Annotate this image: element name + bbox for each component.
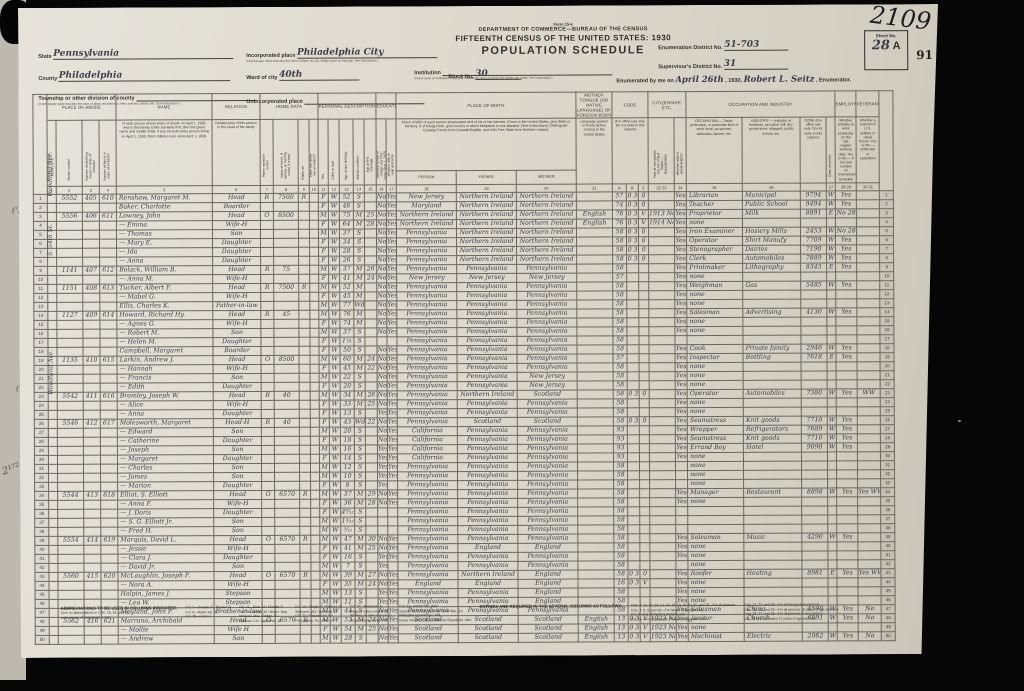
cell-industry: Shirt Manufy <box>743 236 801 245</box>
cell-school: Yes <box>377 445 387 454</box>
cell-school: No <box>378 490 388 499</box>
cell-code-b <box>628 471 640 480</box>
header-relation-description: Relationship of this person to the head … <box>212 119 260 185</box>
cell-school: No <box>377 355 387 364</box>
cell-dwelling: 411 <box>83 392 100 401</box>
cell-mother-birthplace: Pennsylvania <box>517 408 577 417</box>
cell-veteran <box>857 398 880 407</box>
cell-age: 34 <box>340 238 354 247</box>
cell-marital: M <box>354 283 365 292</box>
line-number-right: 28 <box>881 433 895 442</box>
cell-value: 6570 <box>275 490 300 499</box>
cell-birthplace: Scotland <box>398 624 458 633</box>
cell-industry: Electric <box>744 632 802 641</box>
cell-age-first-marriage: 25 <box>365 400 377 409</box>
cell-english: Yes <box>675 245 687 254</box>
cell-english <box>676 560 688 569</box>
cell-class <box>828 551 837 560</box>
cell-value <box>274 319 299 328</box>
cell-race: W <box>330 508 341 517</box>
cell-english: Yes <box>676 443 688 452</box>
cell-marital: S <box>354 427 365 436</box>
cell-mother-birthplace: Scotland <box>518 633 578 642</box>
cell-street <box>49 527 58 536</box>
cell-english: Yes <box>676 452 688 461</box>
cell-name: — Anna F. <box>118 499 214 508</box>
cell-sex: M <box>319 391 329 400</box>
cell-immigration <box>650 524 676 533</box>
cell-code-a: 93 <box>614 444 628 453</box>
column-number-27: 25 <box>686 183 742 191</box>
cell-mother-birthplace: England <box>518 579 578 588</box>
cell-occ-code: 8898 <box>802 488 828 497</box>
cell-father-birthplace: Pennsylvania <box>457 408 517 417</box>
cell-birthplace: California <box>397 435 457 444</box>
cell-house: 5560 <box>58 572 84 581</box>
cell-radio <box>299 427 310 436</box>
cell-age: 20 <box>340 427 354 436</box>
cell-age-first-marriage: 25 <box>366 625 378 634</box>
cell-owned-rented <box>262 526 275 535</box>
cell-veteran <box>857 245 880 254</box>
cell-veteran: WW <box>857 389 880 398</box>
line-number-right: 39 <box>881 532 895 541</box>
cell-race: W <box>328 220 339 229</box>
cell-race: W <box>329 346 340 355</box>
cell-employment <box>836 326 857 335</box>
cell-occ-code <box>802 479 828 488</box>
cell-occ-code <box>801 380 827 389</box>
cell-english: Yes <box>676 578 688 587</box>
cell-veteran <box>857 218 880 227</box>
cell-employment: Yes <box>836 236 857 245</box>
cell-name: — Edward <box>117 427 213 436</box>
cell-owned-rented: R <box>261 283 274 292</box>
cell-occ-code: 7380 <box>801 389 827 398</box>
cell-race: W <box>330 625 341 634</box>
header-birthplace-description: Place of birth of each person enumerated… <box>396 118 576 171</box>
cell-race: W <box>329 301 340 310</box>
cell-house <box>57 239 83 248</box>
cell-owned-rented: R <box>261 310 274 319</box>
ward-value: 40th <box>279 70 302 80</box>
cell-occupation: none <box>688 542 744 551</box>
cell-marital: S <box>354 238 365 247</box>
cell-class: E <box>827 353 836 362</box>
cell-occupation: Iron Examiner <box>687 227 743 236</box>
cell-age-first-marriage: 24 <box>366 580 378 589</box>
group-occupation-industry: OCCUPATION AND INDUSTRY <box>686 91 835 118</box>
cell-father-birthplace: Northern Ireland <box>457 219 517 228</box>
cell-school: No <box>378 499 388 508</box>
cell-code-a: 58 <box>613 336 627 345</box>
cell-occ-code <box>802 587 828 596</box>
cell-occupation: Errand Boy <box>688 443 744 452</box>
cell-owned-rented <box>261 292 274 301</box>
cell-immigration <box>650 515 676 524</box>
cell-occupation: none <box>688 587 744 596</box>
cell-veteran <box>858 551 881 560</box>
cell-school: Yes <box>378 589 388 598</box>
cell-industry <box>743 362 801 371</box>
cell-birthplace: Northern Ireland <box>397 219 457 228</box>
cell-owned-rented <box>261 337 274 346</box>
cell-father-birthplace: Northern Ireland <box>456 210 516 219</box>
cell-marital: S <box>354 256 365 265</box>
cell-immigration <box>649 434 675 443</box>
cell-dwelling <box>83 338 100 347</box>
line-number-right: 6 <box>880 235 894 244</box>
cell-read-write: Yes <box>388 571 398 580</box>
column-number-24: C <box>638 184 648 192</box>
line-number: 42 <box>35 563 49 572</box>
cell-mother-tongue <box>578 588 614 597</box>
cell-name: — Jessie <box>118 544 214 553</box>
cell-veteran <box>858 560 881 569</box>
cell-class: W <box>827 236 836 245</box>
cell-marital: M <box>354 355 365 364</box>
cell-father-birthplace: Pennsylvania <box>457 354 517 363</box>
cell-code-b <box>628 480 640 489</box>
cell-veteran <box>857 299 880 308</box>
line-number-right: 26 <box>880 415 894 424</box>
line-number-right: 49 <box>881 622 895 631</box>
cell-code-a: 58 <box>613 318 627 327</box>
cell-radio <box>300 544 311 553</box>
cell-marital: S <box>355 454 366 463</box>
cell-value <box>275 562 300 571</box>
state-field: State Pennsylvania <box>38 49 233 60</box>
cell-veteran <box>857 209 880 218</box>
cell-code-c <box>639 372 649 381</box>
cell-relation: Daughter <box>213 454 261 463</box>
cell-father-birthplace: Pennsylvania <box>458 489 518 498</box>
cell-owned-rented <box>261 373 274 382</box>
cell-veteran <box>858 623 881 632</box>
column-number-21: 21 <box>576 184 612 192</box>
cell-race: W <box>329 310 340 319</box>
cell-employment: Yes <box>836 308 857 317</box>
cell-occupation <box>688 524 744 533</box>
cell-value <box>275 499 300 508</box>
cell-veteran: No <box>858 632 881 641</box>
cell-sex: F <box>319 382 329 391</box>
cell-age: 54 <box>341 625 355 634</box>
cell-read-write <box>388 562 398 571</box>
header-marital: Marital condition <box>353 119 364 185</box>
cell-mother-birthplace: Pennsylvania <box>517 282 577 291</box>
cell-code-a: 57 <box>613 354 627 363</box>
cell-english: Yes <box>676 587 688 596</box>
cell-read-write: Yes <box>387 346 397 355</box>
cell-birthplace: Pennsylvania <box>397 363 457 372</box>
cell-relation: Daughter <box>213 247 261 256</box>
cell-farm <box>311 463 320 472</box>
cell-mother-tongue <box>578 471 614 480</box>
cell-mother-birthplace: Pennsylvania <box>517 291 577 300</box>
cell-dwelling <box>83 374 100 383</box>
header-occupation-description: OCCUPATION — Trade, profession, or parti… <box>686 117 742 183</box>
cell-mother-birthplace: England <box>518 588 578 597</box>
cell-value: 75 <box>274 265 299 274</box>
line-number-right: 42 <box>881 559 895 568</box>
cell-age-first-marriage <box>364 193 376 202</box>
cell-read-write: Yes <box>387 319 397 328</box>
cell-age-first-marriage <box>366 508 378 517</box>
cell-house <box>58 482 84 491</box>
cell-farm <box>311 580 320 589</box>
cell-marital: S <box>355 508 366 517</box>
cell-radio <box>300 481 311 490</box>
cell-birthplace: California <box>397 426 457 435</box>
cell-age-first-marriage <box>365 292 377 301</box>
cell-house <box>58 635 84 644</box>
cell-industry: Dairies <box>743 245 801 254</box>
cell-occupation: none <box>687 290 743 299</box>
cell-mother-tongue <box>578 480 614 489</box>
cell-dwelling <box>83 257 100 266</box>
cell-house: 5554 <box>58 536 84 545</box>
cell-occupation: Inspector <box>687 353 743 362</box>
cell-birthplace: Pennsylvania <box>398 516 458 525</box>
cell-race: W <box>329 328 340 337</box>
cell-name: Tucker, Albert F. <box>117 283 213 292</box>
cell-birthplace: Pennsylvania <box>397 417 457 426</box>
enumerator-name: Robert L. Seitz <box>744 75 815 85</box>
cell-value <box>274 454 299 463</box>
cell-industry <box>744 578 802 587</box>
cell-school: No <box>377 229 387 238</box>
cell-radio <box>300 526 311 535</box>
cell-read-write: Yes <box>388 535 398 544</box>
cell-radio: R <box>300 571 311 580</box>
cell-radio: R <box>300 535 311 544</box>
cell-house <box>57 320 83 329</box>
cell-school: No <box>377 265 387 274</box>
cell-relation: Wife-H <box>214 544 262 553</box>
cell-father-birthplace: Northern Ireland <box>456 192 516 201</box>
cell-sex: M <box>319 373 329 382</box>
cell-farm <box>310 364 319 373</box>
cell-english: Yes <box>675 290 687 299</box>
cell-code-b <box>627 300 639 309</box>
cell-street <box>49 536 58 545</box>
cell-read-write: Yes <box>386 211 396 220</box>
header-age: Age at last birthday <box>339 119 353 185</box>
cell-occupation: none <box>687 272 743 281</box>
cell-birthplace: New Jersey <box>396 192 456 201</box>
cell-family <box>101 509 118 518</box>
cell-race: W <box>329 418 340 427</box>
cell-birthplace: Pennsylvania <box>397 264 457 273</box>
cell-occ-code <box>801 398 827 407</box>
cell-code-a: 58 <box>614 534 628 543</box>
cell-age: 34 <box>340 391 354 400</box>
cell-code-c <box>640 453 650 462</box>
cell-family <box>99 203 116 212</box>
cell-family: 620 <box>101 572 118 581</box>
cell-mother-birthplace: Pennsylvania <box>518 471 578 480</box>
cell-immigration <box>649 263 675 272</box>
cell-age-first-marriage <box>364 202 376 211</box>
cell-mother-birthplace: Northern Ireland <box>517 219 577 228</box>
cell-age: 47 <box>341 535 355 544</box>
cell-marital: S <box>354 445 365 454</box>
cell-school: No <box>377 418 387 427</box>
cell-father-birthplace: Pennsylvania <box>457 282 517 291</box>
column-number-8: 8 <box>273 185 298 193</box>
cell-age: 37 <box>340 229 354 238</box>
cell-farm <box>310 346 319 355</box>
cell-class <box>828 623 837 632</box>
cell-father-birthplace: Northern Ireland <box>458 570 518 579</box>
cell-occ-code: 7889 <box>801 254 827 263</box>
abbreviation-block-8: Cols. 4, 11, 12, 13, 14, 16, 18, 19, 20,… <box>631 603 736 622</box>
cell-farm <box>309 211 318 220</box>
cell-value <box>274 256 299 265</box>
cell-farm <box>309 202 318 211</box>
header-mother-tongue-description: Language spoken in home before coming to… <box>576 118 612 184</box>
cell-dwelling <box>84 635 101 644</box>
cell-veteran <box>857 344 880 353</box>
cell-occupation: none <box>687 362 743 371</box>
cell-sex: F <box>319 274 329 283</box>
cell-farm <box>310 283 319 292</box>
cell-industry: Private family <box>743 344 801 353</box>
cell-race: W <box>329 391 340 400</box>
cell-name: — Mary E. <box>117 238 213 247</box>
cell-industry: Heating <box>744 569 802 578</box>
cell-name: — Joseph <box>117 445 213 454</box>
cell-age: 13 <box>340 409 354 418</box>
cell-code-c: V <box>640 633 650 642</box>
cell-marital: S <box>355 472 366 481</box>
cell-class <box>827 371 836 380</box>
line-number-right: 38 <box>881 523 895 532</box>
cell-occupation: none <box>687 317 743 326</box>
cell-read-write: Yes <box>387 310 397 319</box>
cell-name: — Anna M. <box>117 274 213 283</box>
cell-industry <box>743 371 801 380</box>
cell-immigration <box>649 398 675 407</box>
cell-class <box>827 398 836 407</box>
cell-age: 35 <box>341 580 355 589</box>
cell-age: 10 <box>341 472 355 481</box>
cell-dwelling <box>83 248 100 257</box>
cell-father-birthplace: Pennsylvania <box>457 309 517 318</box>
column-number-3: 3 <box>82 186 99 194</box>
cell-farm <box>310 409 319 418</box>
cell-employment: No 28 <box>836 227 857 236</box>
cell-radio <box>299 445 310 454</box>
cell-relation: Head <box>213 355 261 364</box>
cell-farm <box>311 562 320 571</box>
cell-house <box>56 221 82 230</box>
cell-occupation: Clerk <box>687 254 743 263</box>
cell-immigration <box>650 506 676 515</box>
cell-age-first-marriage: 28 <box>364 220 376 229</box>
enum-district-label: Enumeration District No. <box>658 45 723 51</box>
cell-age: 43 <box>340 418 354 427</box>
group-citizenship: CITIZENSHIP, ETC. <box>648 92 686 118</box>
cell-age: 60 <box>340 355 354 364</box>
cell-veteran <box>857 362 880 371</box>
cell-code-c <box>640 444 650 453</box>
cell-school: No <box>377 400 387 409</box>
header-farm: Does this family live on a farm? <box>309 119 318 185</box>
cell-family: 616 <box>100 392 117 401</box>
cell-code-c <box>639 345 649 354</box>
cell-race: W <box>330 634 341 643</box>
cell-mother-tongue: English <box>576 210 612 219</box>
cell-name: — Thomas <box>117 229 213 238</box>
cell-family: 614 <box>100 311 117 320</box>
cell-race: W <box>329 427 340 436</box>
cell-veteran <box>858 479 881 488</box>
cell-read-write: Yes <box>388 472 398 481</box>
cell-employment: Yes <box>836 245 857 254</box>
cell-employment <box>837 542 858 551</box>
cell-veteran <box>857 281 880 290</box>
cell-code-b <box>627 273 639 282</box>
cell-age-first-marriage <box>366 481 378 490</box>
cell-school: Yes <box>377 409 387 418</box>
cell-age: 13 <box>341 589 355 598</box>
cell-employment: Yes <box>836 281 857 290</box>
census-scan: { "form": { "form_no": "Form 15-6", "dep… <box>0 0 1024 691</box>
group-veterans: VETERANS <box>856 91 879 117</box>
cell-birthplace: Pennsylvania <box>397 372 457 381</box>
cell-radio <box>300 508 311 517</box>
cell-radio <box>299 418 310 427</box>
cell-employment <box>837 506 858 515</box>
cell-farm <box>311 499 320 508</box>
cell-veteran <box>857 272 880 281</box>
cell-veteran <box>857 290 880 299</box>
cell-class <box>828 542 837 551</box>
cell-sex: M <box>319 355 329 364</box>
header-speaks-english: Whether able to speak English <box>674 118 686 184</box>
cell-industry: Public School <box>742 200 800 209</box>
line-number-right: 14 <box>880 307 894 316</box>
cell-mother-birthplace: Northern Ireland <box>517 228 577 237</box>
column-number-14: 14 <box>353 185 364 193</box>
cell-house <box>57 365 83 374</box>
cell-employment <box>837 578 858 587</box>
cell-value <box>274 400 299 409</box>
cell-farm <box>311 517 320 526</box>
cell-value <box>274 328 299 337</box>
cell-class <box>827 407 836 416</box>
cell-school: Yes <box>378 472 388 481</box>
cell-class: E <box>828 569 837 578</box>
header-birthplace-father: FATHER <box>456 170 516 184</box>
cell-marital: S <box>354 337 365 346</box>
column-number-28: 26 <box>742 183 800 191</box>
cell-father-birthplace: Pennsylvania <box>458 552 518 561</box>
cell-school: No <box>377 301 387 310</box>
cell-owned-rented <box>261 445 274 454</box>
column-number-32: 30 31 <box>856 183 879 191</box>
cell-code-a: 58 <box>614 570 628 579</box>
cell-house: 1151 <box>57 284 83 293</box>
cell-name: — Ida <box>117 247 213 256</box>
cell-code-a: 58 <box>613 282 627 291</box>
ward-label: Ward of city <box>246 75 277 81</box>
cell-occupation: Proprietor <box>687 209 743 218</box>
cell-occ-code: 8345 <box>801 263 827 272</box>
cell-code-b <box>628 462 640 471</box>
